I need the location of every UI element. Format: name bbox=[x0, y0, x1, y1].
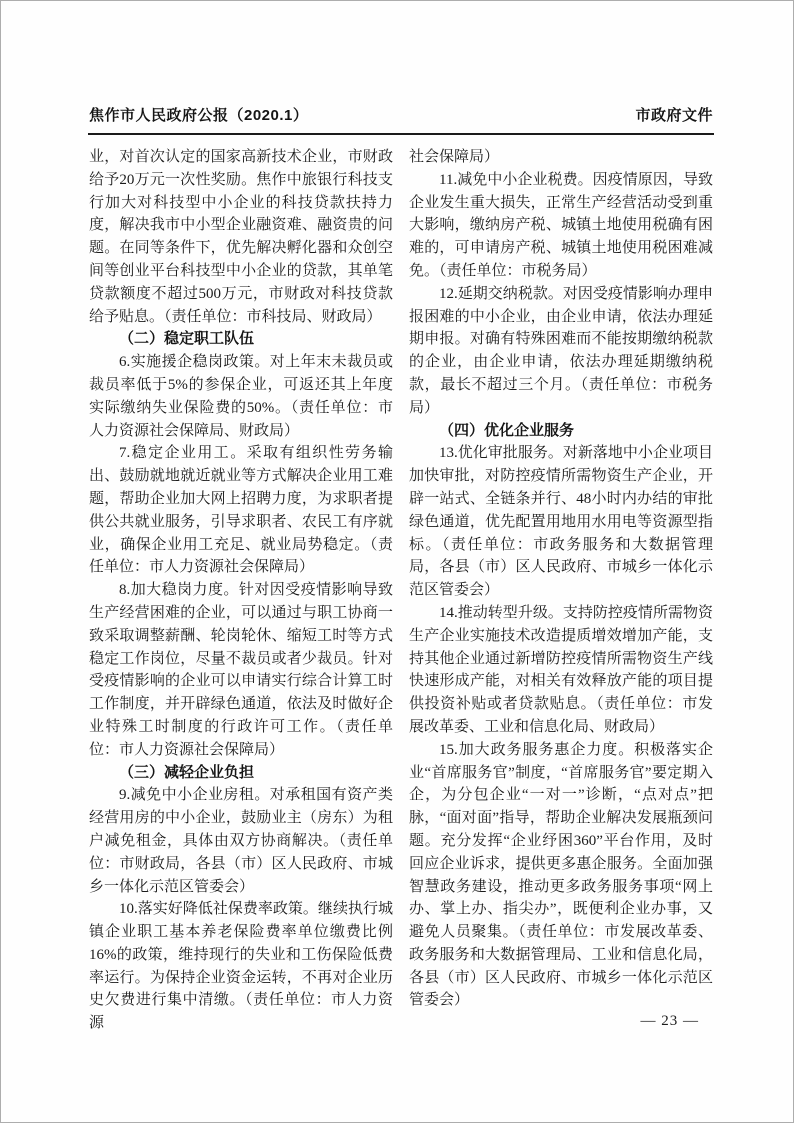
body-paragraph: 14.推动转型升级。支持防控疫情所需物资生产企业实施技术改造提质增效增加产能，支… bbox=[409, 602, 713, 739]
body-paragraph: 12.延期交纳税款。对因受疫情影响办理申报困难的中小企业，由企业申请，依法办理延… bbox=[409, 283, 713, 420]
body-paragraph: 10.落实好降低社保费率政策。继续执行城镇企业职工基本养老保险费率单位缴费比例1… bbox=[89, 898, 393, 1035]
body-paragraph: 15.加大政务服务惠企力度。积极落实企业“首席服务官”制度，“首席服务官”要定期… bbox=[409, 739, 713, 1013]
body-paragraph: 业，对首次认定的国家高新技术企业，市财政给予20万元一次性奖励。焦作中旅银行科技… bbox=[89, 146, 393, 328]
page-number: — 23 — bbox=[641, 1013, 700, 1030]
left-column: 业，对首次认定的国家高新技术企业，市财政给予20万元一次性奖励。焦作中旅银行科技… bbox=[89, 146, 393, 1035]
body-paragraph: 社会保障局） bbox=[409, 146, 713, 169]
gazette-title: 焦作市人民政府公报（2020.1） bbox=[89, 104, 308, 125]
body-paragraph: 9.减免中小企业房租。对承租国有资产类经营用房的中小企业，鼓励业主（房东）为租户… bbox=[89, 784, 393, 898]
body-paragraph: 11.减免中小企业税费。因疫情原因，导致企业发生重大损失，正常生产经营活动受到重… bbox=[409, 169, 713, 283]
body-paragraph: 8.加大稳岗力度。针对因受疫情影响导致生产经营困难的企业，可以通过与职工协商一致… bbox=[89, 579, 393, 761]
header-rule bbox=[88, 133, 714, 135]
document-page: 焦作市人民政府公报（2020.1） 市政府文件 业，对首次认定的国家高新技术企业… bbox=[0, 0, 794, 1123]
section-heading: （二）稳定职工队伍 bbox=[89, 328, 393, 351]
document-body: 业，对首次认定的国家高新技术企业，市财政给予20万元一次性奖励。焦作中旅银行科技… bbox=[89, 146, 713, 1035]
section-heading: （三）减轻企业负担 bbox=[89, 762, 393, 785]
section-heading: （四）优化企业服务 bbox=[409, 420, 713, 443]
page-header: 焦作市人民政府公报（2020.1） 市政府文件 bbox=[89, 104, 713, 125]
body-paragraph: 6.实施援企稳岗政策。对上年末未裁员或裁员率低于5%的参保企业，可返还其上年度实… bbox=[89, 351, 393, 442]
body-paragraph: 13.优化审批服务。对新落地中小企业项目加快审批，对防控疫情所需物资生产企业，开… bbox=[409, 442, 713, 602]
document-section-label: 市政府文件 bbox=[635, 104, 713, 125]
body-paragraph: 7.稳定企业用工。采取有组织性劳务输出、鼓励就地就近就业等方式解决企业用工难题，… bbox=[89, 442, 393, 579]
right-column: 社会保障局）11.减免中小企业税费。因疫情原因，导致企业发生重大损失，正常生产经… bbox=[409, 146, 713, 1035]
